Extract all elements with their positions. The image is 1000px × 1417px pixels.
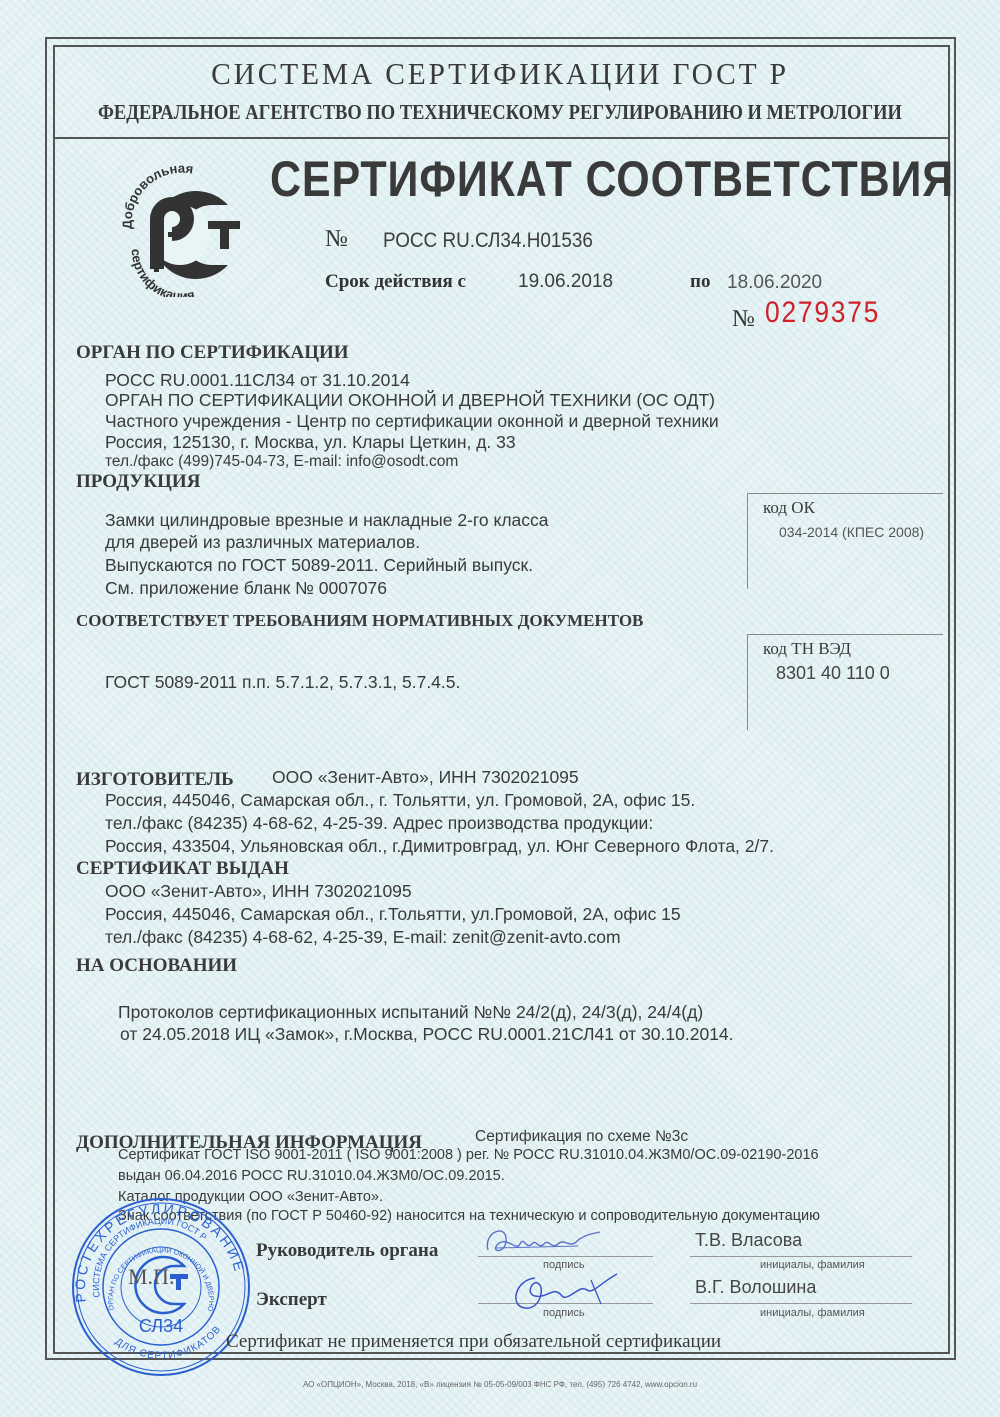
agency-title: ФЕДЕРАЛЬНОЕ АГЕНТСТВО ПО ТЕХНИЧЕСКОМУ РЕ… [60, 100, 940, 125]
certification-scheme: Сертификация по схеме №3с [475, 1128, 688, 1146]
issued-to-line: Россия, 445046, Самарская обл., г.Тольят… [105, 904, 681, 925]
certification-body-heading: ОРГАН ПО СЕРТИФИКАЦИИ [76, 342, 349, 364]
basis-line: от 24.05.2018 ИЦ «Замок», г.Москва, РОСС… [120, 1024, 734, 1045]
rst-certification-logo-icon: Добровольная сертификация [110, 157, 250, 297]
blank-number: 0279375 [765, 296, 880, 330]
issued-to-heading: СЕРТИФИКАТ ВЫДАН [76, 858, 289, 880]
manufacturer-line: Россия, 433504, Ульяновская обл., г.Дими… [105, 836, 774, 857]
additional-info-line: Сертификат ГОСТ ISO 9001-2011 ( ISO 9001… [118, 1147, 819, 1163]
basis-heading: НА ОСНОВАНИИ [76, 955, 237, 977]
header-divider [53, 137, 950, 139]
seal-placeholder-label: М.П. [128, 1264, 174, 1290]
manufacturer-line: Россия, 445046, Самарская обл., г. Толья… [105, 790, 695, 811]
certificate-title: СЕРТИФИКАТ СООТВЕТСТВИЯ [270, 150, 954, 208]
valid-to-date: 18.06.2020 [727, 272, 822, 294]
manufacturer-line: тел./факс (84235) 4-68-62, 4-25-39. Адре… [105, 813, 653, 834]
expert-name-line [690, 1303, 912, 1304]
tnved-code-label: код ТН ВЭД [763, 639, 851, 659]
expert-signature-icon [505, 1270, 625, 1314]
product-heading: ПРОДУКЦИЯ [76, 471, 200, 493]
certification-body-line: тел./факс (499)745-04-73, E-mail: info@o… [105, 453, 458, 471]
head-name: Т.В. Власова [695, 1230, 802, 1251]
product-line: См. приложение бланк № 0007076 [105, 578, 387, 599]
compliance-heading: СООТВЕТСТВУЕТ ТРЕБОВАНИЯМ НОРМАТИВНЫХ ДО… [76, 611, 643, 631]
head-of-body-label: Руководитель органа [256, 1240, 438, 1262]
product-line: Выпускаются по ГОСТ 5089-2011. Серийный … [105, 555, 533, 576]
tnved-code-value: 8301 40 110 0 [776, 663, 890, 684]
head-signature-icon [478, 1222, 618, 1262]
basis-line: Протоколов сертификационных испытаний №№… [118, 1002, 703, 1023]
expert-label: Эксперт [256, 1289, 327, 1311]
issued-to-line: ООО «Зенит-Авто», ИНН 7302021095 [105, 881, 412, 902]
certification-body-line: ОРГАН ПО СЕРТИФИКАЦИИ ОКОННОЙ И ДВЕРНОЙ … [105, 390, 715, 411]
ok-code-value: 034-2014 (КПЕС 2008) [779, 524, 924, 540]
certification-body-line: РОСС RU.0001.11СЛ34 от 31.10.2014 [105, 370, 410, 391]
svg-text:СЛ34: СЛ34 [139, 1316, 183, 1336]
ok-code-box: код ОК 034-2014 (КПЕС 2008) [747, 493, 943, 589]
head-name-caption: инициалы, фамилия [760, 1259, 865, 1271]
ok-code-label: код ОК [763, 498, 815, 518]
printer-footer: АО «ОПЦИОН», Москва, 2018, «В» лицензия … [0, 1380, 1000, 1389]
expert-name-caption: инициалы, фамилия [760, 1307, 865, 1319]
valid-from-date: 19.06.2018 [518, 271, 613, 293]
tnved-code-box: код ТН ВЭД 8301 40 110 0 [747, 634, 943, 730]
certificate-number: РОСС RU.СЛ34.Н01536 [383, 229, 593, 253]
certificate-number-label: № [325, 226, 348, 253]
product-line: Замки цилиндровые врезные и накладные 2-… [105, 510, 549, 531]
validity-label: Срок действия с [325, 271, 466, 293]
system-title: СИСТЕМА СЕРТИФИКАЦИИ ГОСТ Р [25, 56, 975, 92]
disclaimer: Сертификат не применяется при обязательн… [226, 1331, 721, 1353]
certification-body-line: Россия, 125130, г. Москва, ул. Клары Цет… [105, 432, 516, 453]
issued-to-line: тел./факс (84235) 4-68-62, 4-25-39, E-ma… [105, 927, 621, 948]
product-line: для дверей из различных материалов. [105, 532, 420, 553]
blank-number-label: № [732, 306, 755, 333]
compliance-standards: ГОСТ 5089-2011 п.п. 5.7.1.2, 5.7.3.1, 5.… [105, 672, 460, 693]
manufacturer-heading: ИЗГОТОВИТЕЛЬ [76, 769, 234, 791]
certification-body-line: Частного учреждения - Центр по сертифика… [105, 411, 719, 432]
expert-name: В.Г. Волошина [695, 1277, 816, 1298]
additional-info-line: выдан 06.04.2016 РОСС RU.31010.04.ЖЗМ0/О… [118, 1168, 505, 1184]
valid-to-label: по [690, 271, 710, 293]
manufacturer-name: ООО «Зенит-Авто», ИНН 7302021095 [272, 767, 579, 788]
head-name-line [690, 1256, 912, 1257]
